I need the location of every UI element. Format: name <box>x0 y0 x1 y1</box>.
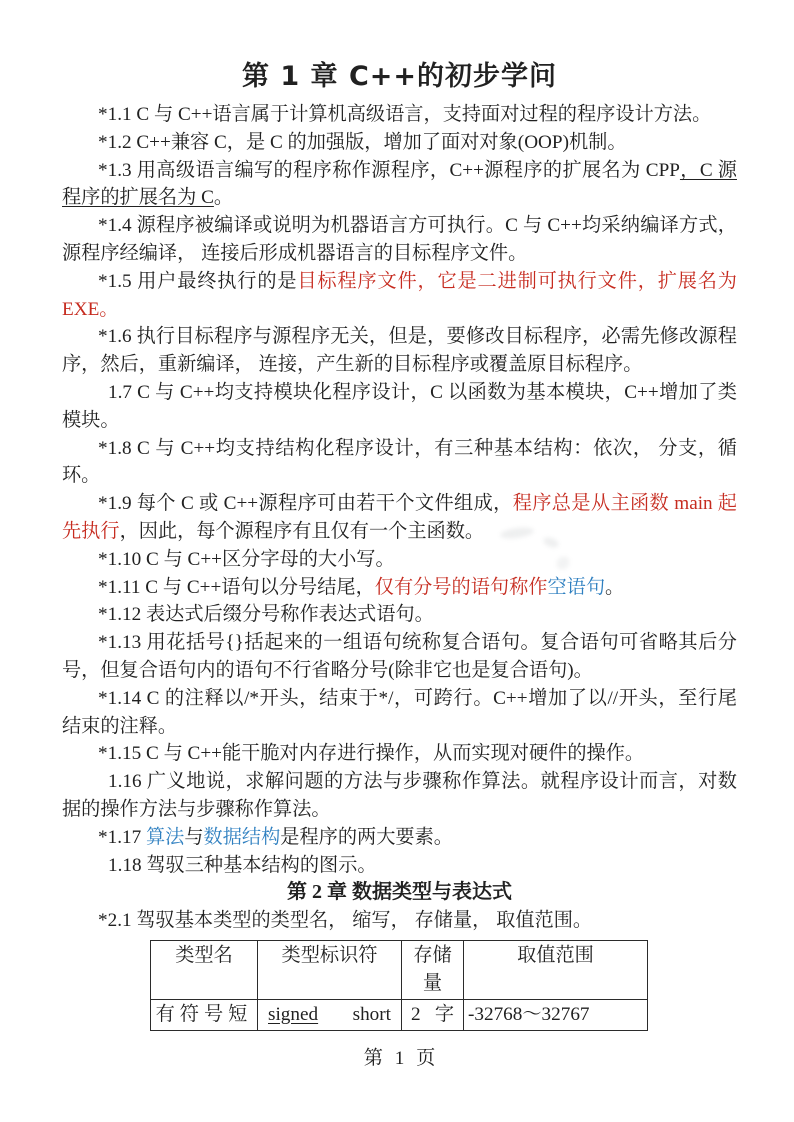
text-segment: 是程序的两大要素。 <box>280 827 453 848</box>
statement-1.16: 1.16 广义地说，求解问题的方法与步骤称作算法。就程序设计而言，对数据的操作方… <box>62 768 737 824</box>
text-segment: 。 <box>214 187 233 208</box>
text-segment: 1.18 驾驭三种基本结构的图示。 <box>108 855 377 876</box>
storage-number: 2 <box>411 1001 421 1029</box>
statement-1.9: *1.9 每个 C 或 C++源程序可由若干个文件组成，程序总是从主函数 mai… <box>62 490 737 546</box>
table-header-row: 类型名 类型标识符 存储量 取值范围 <box>151 940 648 999</box>
text-segment: 数据结构 <box>204 827 281 848</box>
text-segment: *1.3 用高级语言编写的程序称作源程序，C++源程序的扩展名为 CPP <box>98 160 680 181</box>
document-page: 第 1 章 C++的初步学问 *1.1 C 与 C++语言属于计算机高级语言，支… <box>0 0 794 1122</box>
text-segment: 空语句 <box>547 577 605 598</box>
statement-1.17: *1.17 算法与数据结构是程序的两大要素。 <box>62 824 737 852</box>
statement-1.13: *1.13 用花括号{}括起来的一组语句统称复合语句。复合语句可省略其后分号，但… <box>62 629 737 685</box>
statement-2.1: *2.1 驾驭基本类型的类型名， 缩写， 存储量， 取值范围。 <box>62 907 737 935</box>
text-segment: *1.14 C 的注释以/*开头，结束于*/，可跨行。C++增加了以//开头，至… <box>62 688 737 737</box>
text-segment: *1.10 C 与 C++区分字母的大小写。 <box>98 549 395 570</box>
statement-1.1: *1.1 C 与 C++语言属于计算机高级语言，支持面对过程的程序设计方法。 <box>62 101 737 129</box>
statement-1.14: *1.14 C 的注释以/*开头，结束于*/，可跨行。C++增加了以//开头，至… <box>62 685 737 741</box>
text-segment: 仅有分号的语句称作 <box>375 577 548 598</box>
text-segment: *1.8 C 与 C++均支持结构化程序设计，有三种基本结构：依次， 分支，循环… <box>62 438 737 487</box>
text-segment: *1.6 执行目标程序与源程序无关，但是，要修改目标程序，必需先修改源程序，然后… <box>62 326 737 375</box>
header-type-identifier: 类型标识符 <box>258 940 402 999</box>
chapter1-statements: *1.1 C 与 C++语言属于计算机高级语言，支持面对过程的程序设计方法。*1… <box>62 101 737 879</box>
header-type-name: 类型名 <box>151 940 258 999</box>
statement-1.10: *1.10 C 与 C++区分字母的大小写。 <box>62 546 737 574</box>
cell-storage: 2 字 <box>402 999 464 1030</box>
text-segment: *1.15 C 与 C++能干脆对内存进行操作，从而实现对硬件的操作。 <box>98 743 644 764</box>
statement-1.7: 1.7 C 与 C++均支持模块化程序设计，C 以函数为基本模块，C++增加了类… <box>62 379 737 435</box>
text-segment: *1.17 <box>98 827 146 848</box>
text-segment: *1.11 C 与 C++语句以分号结尾， <box>98 577 375 598</box>
text-segment: ，因此，每个源程序有且仅有一个主函数。 <box>120 521 485 542</box>
text-segment: 与 <box>184 827 203 848</box>
cell-type-name: 有符号短 <box>151 999 258 1030</box>
text-segment: 1.16 广义地说，求解问题的方法与步骤称作算法。就程序设计而言，对数据的操作方… <box>62 771 737 820</box>
text-segment: *1.1 C 与 C++语言属于计算机高级语言，支持面对过程的程序设计方法。 <box>98 104 711 125</box>
statement-1.2: *1.2 C++兼容 C，是 C 的加强版，增加了面对对象(OOP)机制。 <box>62 129 737 157</box>
text-segment: *1.2 C++兼容 C，是 C 的加强版，增加了面对对象(OOP)机制。 <box>98 132 627 153</box>
statement-1.6: *1.6 执行目标程序与源程序无关，但是，要修改目标程序，必需先修改源程序，然后… <box>62 323 737 379</box>
header-range: 取值范围 <box>464 940 648 999</box>
cell-type-identifier: signed short <box>258 999 402 1030</box>
text-segment: *1.9 每个 C 或 C++源程序可由若干个文件组成， <box>98 493 513 514</box>
statement-1.5: *1.5 用户最终执行的是目标程序文件，它是二进制可执行文件，扩展名为EXE。 <box>62 268 737 324</box>
statement-1.18: 1.18 驾驭三种基本结构的图示。 <box>62 852 737 880</box>
identifier-rest: short <box>353 1001 391 1029</box>
header-storage: 存储量 <box>402 940 464 999</box>
page-number: 第 1 页 <box>62 1045 737 1073</box>
text-segment: *1.4 源程序被编译或说明为机器语言方可执行。C 与 C++均采纳编译方式，源… <box>62 215 737 264</box>
text-segment: 。 <box>605 577 624 598</box>
chapter2-statements: *2.1 驾驭基本类型的类型名， 缩写， 存储量， 取值范围。 <box>62 907 737 935</box>
text-segment: *1.5 用户最终执行的是 <box>98 271 297 292</box>
statement-1.15: *1.15 C 与 C++能干脆对内存进行操作，从而实现对硬件的操作。 <box>62 740 737 768</box>
text-segment: 1.7 C 与 C++均支持模块化程序设计，C 以函数为基本模块，C++增加了类… <box>62 382 737 431</box>
storage-unit: 字 <box>435 1001 454 1029</box>
chapter2-title: 第 2 章 数据类型与表达式 <box>62 879 737 907</box>
statement-1.11: *1.11 C 与 C++语句以分号结尾，仅有分号的语句称作空语句。 <box>62 574 737 602</box>
text-segment: 算法 <box>146 827 184 848</box>
statement-1.3: *1.3 用高级语言编写的程序称作源程序，C++源程序的扩展名为 CPP，C 源… <box>62 157 737 213</box>
text-segment: *1.13 用花括号{}括起来的一组语句统称复合语句。复合语句可省略其后分号，但… <box>62 632 737 681</box>
statement-1.8: *1.8 C 与 C++均支持结构化程序设计，有三种基本结构：依次， 分支，循环… <box>62 435 737 491</box>
chapter1-title: 第 1 章 C++的初步学问 <box>62 57 737 96</box>
identifier-keyword: signed <box>268 1001 318 1029</box>
data-types-table: 类型名 类型标识符 存储量 取值范围 有符号短 signed short 2 <box>150 940 648 1031</box>
table-row: 有符号短 signed short 2 字 -32768～32767 <box>151 999 648 1030</box>
statement-1.12: *1.12 表达式后缀分号称作表达式语句。 <box>62 601 737 629</box>
statement-1.4: *1.4 源程序被编译或说明为机器语言方可执行。C 与 C++均采纳编译方式，源… <box>62 212 737 268</box>
text-segment: *2.1 驾驭基本类型的类型名， 缩写， 存储量， 取值范围。 <box>98 910 592 931</box>
cell-range: -32768～32767 <box>464 999 648 1030</box>
text-segment: *1.12 表达式后缀分号称作表达式语句。 <box>98 604 434 625</box>
